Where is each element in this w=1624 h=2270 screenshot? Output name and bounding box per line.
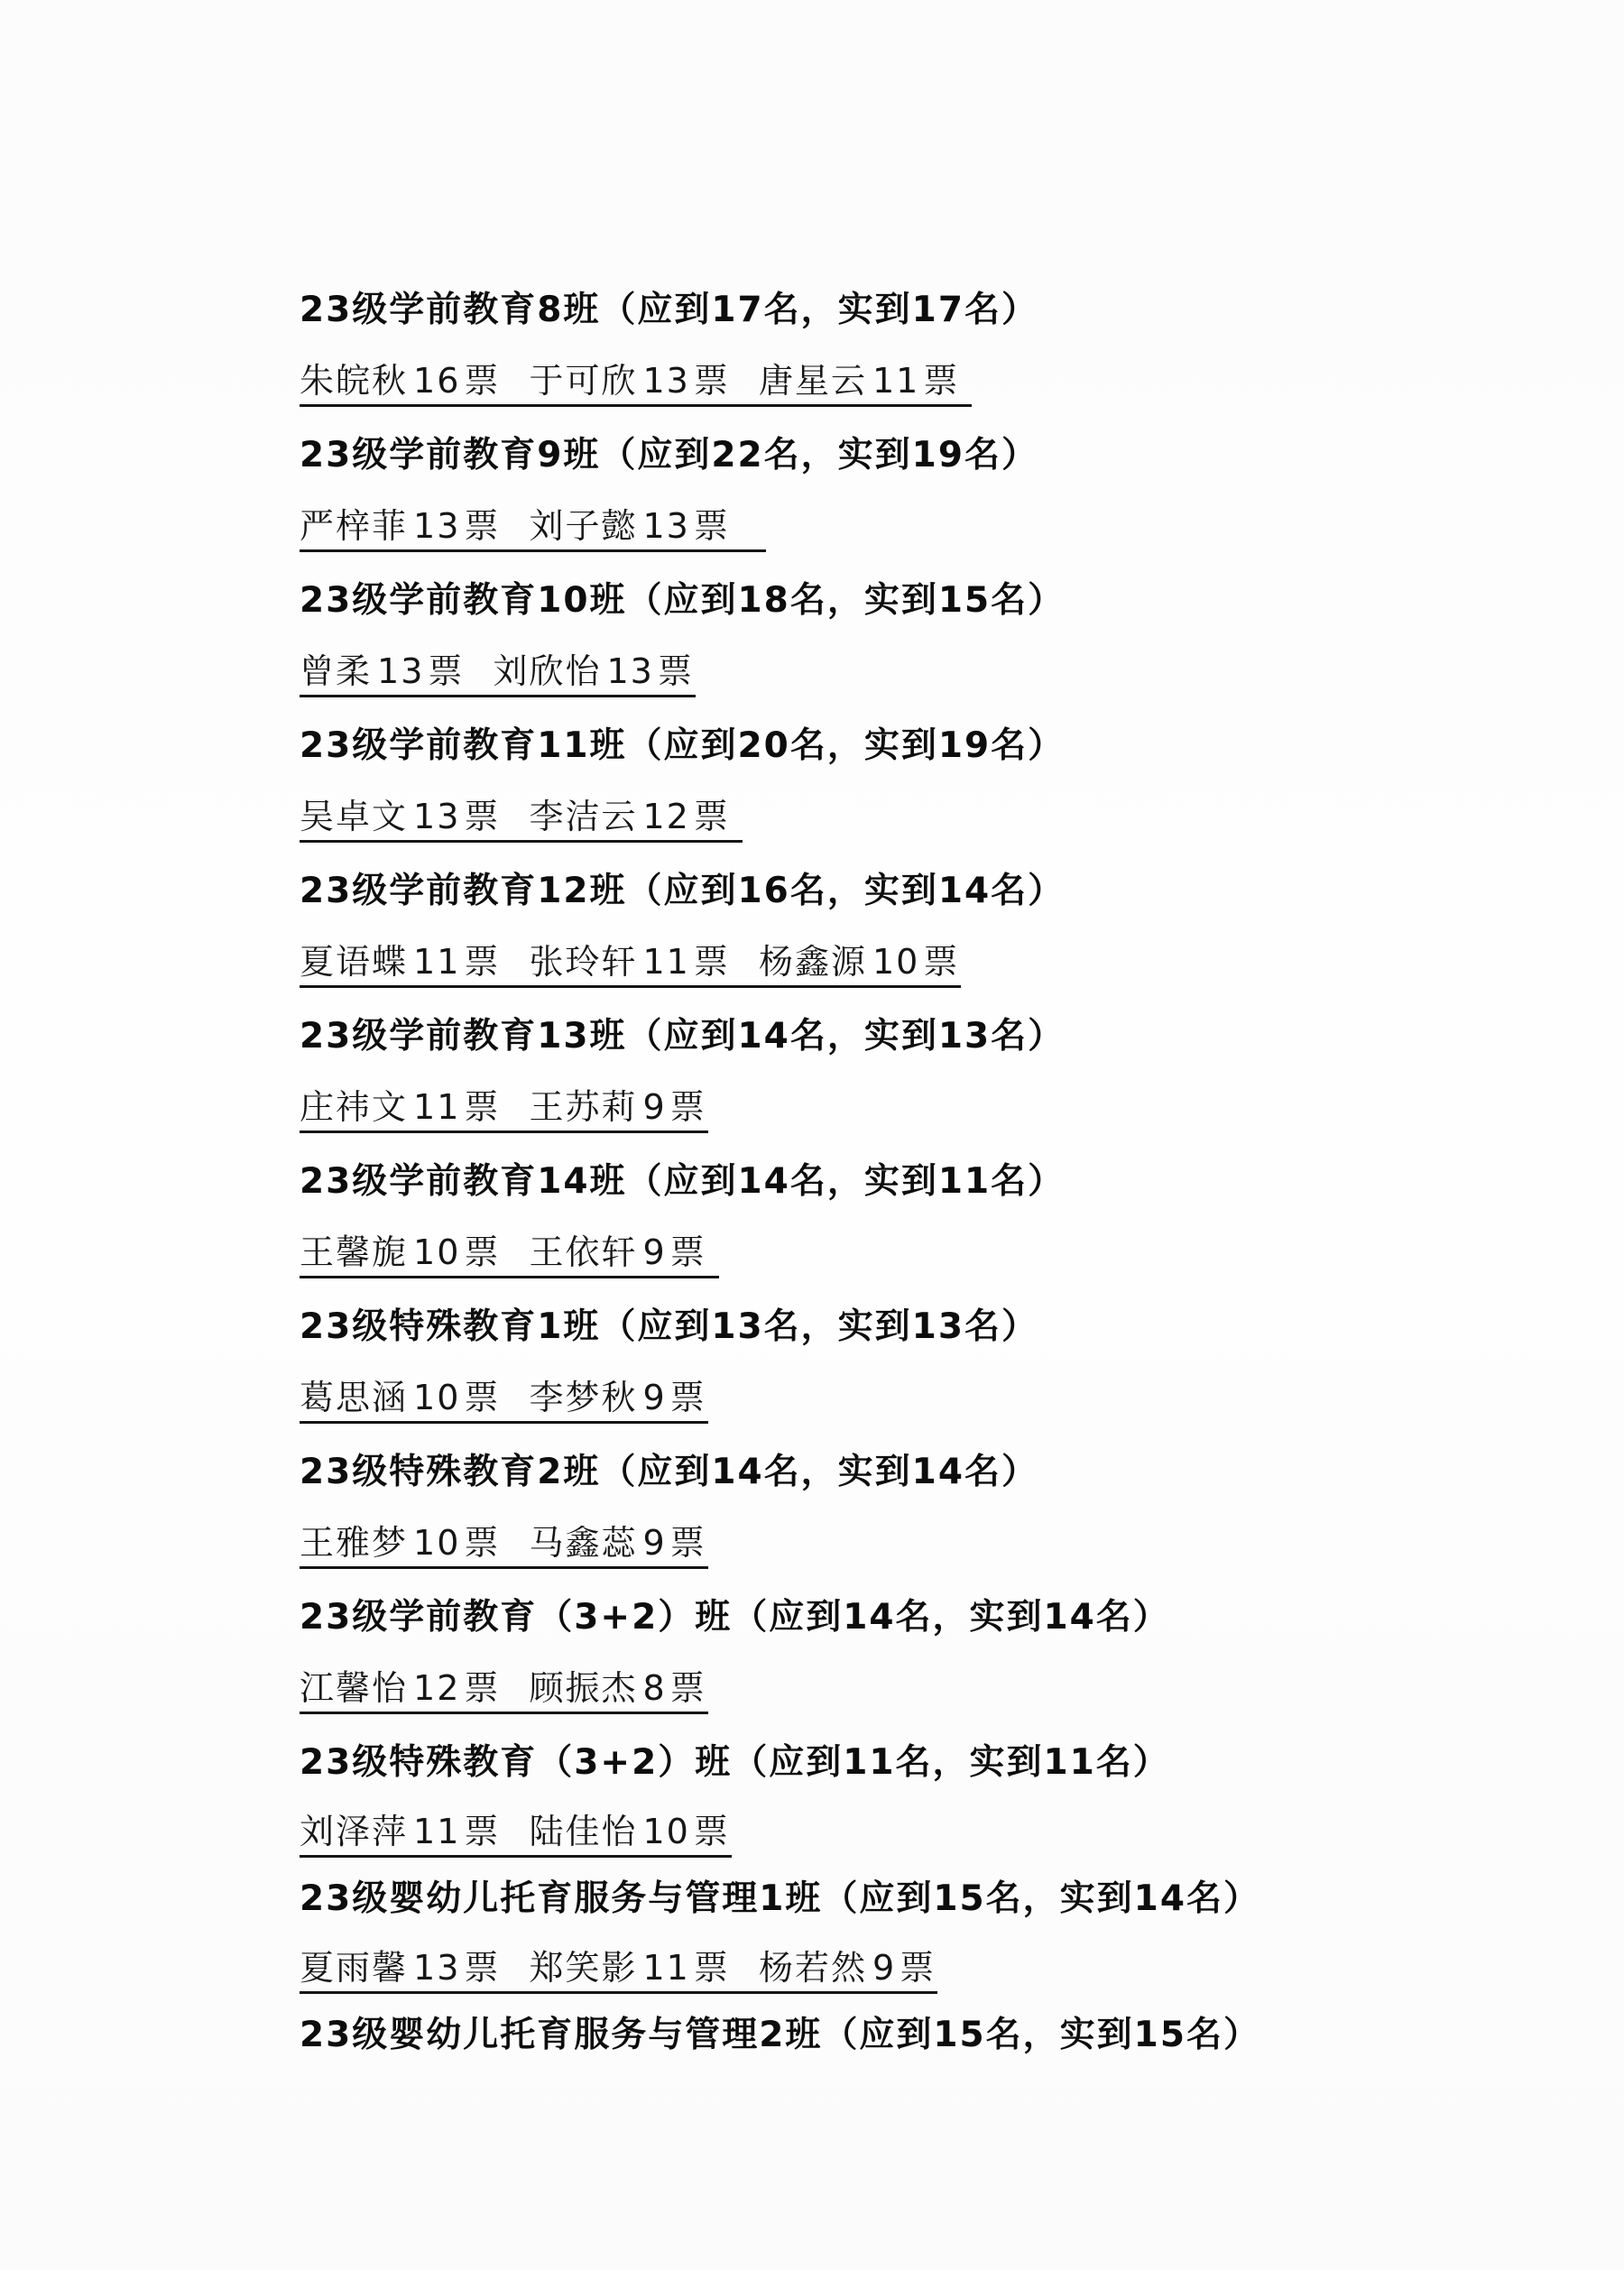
candidate-name: 刘子懿 [529,506,637,546]
class-block: 23级学前教育11班（应到20名，实到19名） 吴卓文13票 李洁云12票 [300,721,1472,866]
vote-unit: 票 [658,651,694,691]
candidate-name: 曾柔 [300,651,372,691]
candidate-list: 吴卓文13票 李洁云12票 [300,793,743,843]
candidate-name: 夏语蝶 [300,942,408,982]
candidate-name: 夏雨馨 [300,1948,408,1988]
candidate-votes: 11 [413,1812,460,1851]
class-block: 23级特殊教育2班（应到14名，实到14名） 王雅梦10票 马鑫蕊9票 [300,1447,1472,1592]
candidate-votes: 10 [413,1232,460,1272]
vote-unit: 票 [670,1232,706,1272]
candidate-name: 王馨旎 [300,1232,408,1272]
candidate-votes: 12 [643,797,690,836]
candidate-votes: 13 [413,797,460,836]
vote-unit: 票 [464,361,500,401]
vote-unit: 票 [464,1948,500,1988]
class-heading: 23级学前教育13班（应到14名，实到13名） [300,1011,1472,1062]
candidate-votes: 11 [643,1948,690,1988]
vote-unit: 票 [428,651,464,691]
vote-unit: 票 [464,1668,500,1708]
candidate-list: 刘泽萍11票 陆佳怡10票 [300,1808,732,1858]
candidate-name: 于可欣 [529,361,637,401]
candidate-list: 夏语蝶11票 张玲轩11票 杨鑫源10票 [300,938,961,988]
candidate-entry: 李洁云12票 [529,797,729,836]
class-heading: 23级婴幼儿托育服务与管理1班（应到15名，实到14名） [300,1874,1472,1924]
candidate-name: 郑笑影 [529,1948,637,1988]
candidate-entry: 曾柔13票 [300,651,464,691]
class-block: 23级学前教育（3+2）班（应到14名，实到14名） 江馨怡12票 顾振杰8票 [300,1592,1472,1738]
candidate-votes: 13 [377,651,424,691]
candidate-name: 陆佳怡 [529,1812,637,1851]
vote-unit: 票 [923,361,959,401]
document-page: 23级学前教育8班（应到17名，实到17名） 朱皖秋16票 于可欣13票 唐星云… [0,0,1624,2270]
vote-unit: 票 [464,942,500,982]
class-heading: 23级学前教育11班（应到20名，实到19名） [300,721,1472,771]
candidate-list: 严梓菲13票 刘子懿13票 [300,503,766,552]
vote-unit: 票 [464,1378,500,1417]
candidate-entry: 顾振杰8票 [529,1668,706,1708]
candidate-votes: 8 [643,1668,667,1708]
candidate-entry: 刘子懿13票 [529,506,729,546]
vote-unit: 票 [464,1087,500,1127]
vote-unit: 票 [670,1378,706,1417]
candidate-list: 王馨旎10票 王依轩9票 [300,1229,719,1278]
candidate-votes: 10 [413,1378,460,1417]
vote-unit: 票 [694,942,730,982]
candidate-votes: 11 [413,942,460,982]
candidate-name: 王依轩 [529,1232,637,1272]
vote-unit: 票 [464,1232,500,1272]
candidate-entry: 葛思涵10票 [300,1378,500,1417]
class-heading: 23级学前教育10班（应到18名，实到15名） [300,576,1472,626]
candidate-name: 江馨怡 [300,1668,408,1708]
class-block: 23级特殊教育1班（应到13名，实到13名） 葛思涵10票 李梦秋9票 [300,1302,1472,1447]
candidate-name: 张玲轩 [529,942,637,982]
vote-unit: 票 [670,1523,706,1563]
candidate-entry: 王苏莉9票 [529,1087,706,1127]
candidate-name: 吴卓文 [300,797,408,836]
candidate-entry: 郑笑影11票 [529,1948,729,1988]
vote-unit: 票 [900,1948,936,1988]
candidate-votes: 9 [643,1378,667,1417]
vote-unit: 票 [464,506,500,546]
candidate-entry: 于可欣13票 [529,361,729,401]
class-block: 23级婴幼儿托育服务与管理1班（应到15名，实到14名） 夏雨馨13票 郑笑影1… [300,1874,1472,2010]
candidate-votes: 9 [872,1948,896,1988]
candidate-entry: 杨鑫源10票 [759,942,959,982]
candidate-entry: 刘泽萍11票 [300,1812,500,1851]
candidate-votes: 11 [413,1087,460,1127]
vote-unit: 票 [670,1668,706,1708]
candidate-entry: 吴卓文13票 [300,797,500,836]
candidate-entry: 严梓菲13票 [300,506,500,546]
class-heading: 23级学前教育（3+2）班（应到14名，实到14名） [300,1592,1472,1643]
candidate-name: 杨若然 [759,1948,867,1988]
candidate-list: 曾柔13票 刘欣怡13票 [300,648,696,697]
class-block: 23级学前教育14班（应到14名，实到11名） 王馨旎10票 王依轩9票 [300,1157,1472,1302]
class-block: 23级婴幼儿托育服务与管理2班（应到15名，实到15名） [300,2010,1472,2061]
candidate-votes: 10 [643,1812,690,1851]
candidate-list: 朱皖秋16票 于可欣13票 唐星云11票 [300,357,972,407]
class-heading: 23级特殊教育1班（应到13名，实到13名） [300,1302,1472,1352]
candidate-list: 夏雨馨13票 郑笑影11票 杨若然9票 [300,1944,937,1994]
candidate-entry: 唐星云11票 [759,361,959,401]
candidate-name: 唐星云 [759,361,867,401]
candidate-votes: 13 [607,651,654,691]
candidate-votes: 16 [413,361,460,401]
vote-unit: 票 [464,1523,500,1563]
candidate-votes: 11 [643,942,690,982]
candidate-entry: 王馨旎10票 [300,1232,500,1272]
class-heading: 23级学前教育12班（应到16名，实到14名） [300,866,1472,917]
candidate-votes: 9 [643,1087,667,1127]
vote-unit: 票 [464,797,500,836]
class-heading: 23级学前教育14班（应到14名，实到11名） [300,1157,1472,1207]
class-block: 23级学前教育13班（应到14名，实到13名） 庄祎文11票 王苏莉9票 [300,1011,1472,1157]
class-heading: 23级学前教育8班（应到17名，实到17名） [300,285,1472,336]
candidate-name: 葛思涵 [300,1378,408,1417]
candidate-entry: 王雅梦10票 [300,1523,500,1563]
candidate-entry: 庄祎文11票 [300,1087,500,1127]
candidate-votes: 9 [643,1523,667,1563]
class-block: 23级学前教育10班（应到18名，实到15名） 曾柔13票 刘欣怡13票 [300,576,1472,721]
candidate-name: 马鑫蕊 [529,1523,637,1563]
vote-unit: 票 [694,506,730,546]
candidate-entry: 刘欣怡13票 [493,651,693,691]
class-heading: 23级婴幼儿托育服务与管理2班（应到15名，实到15名） [300,2010,1472,2061]
candidate-votes: 9 [643,1232,667,1272]
candidate-votes: 10 [872,942,919,982]
candidate-entry: 李梦秋9票 [529,1378,706,1417]
candidate-name: 朱皖秋 [300,361,408,401]
candidate-entry: 朱皖秋16票 [300,361,500,401]
candidate-list: 葛思涵10票 李梦秋9票 [300,1374,708,1424]
candidate-entry: 夏雨馨13票 [300,1948,500,1988]
candidate-votes: 13 [643,506,690,546]
candidate-name: 严梓菲 [300,506,408,546]
candidate-name: 李梦秋 [529,1378,637,1417]
candidate-votes: 12 [413,1668,460,1708]
candidate-entry: 杨若然9票 [759,1948,936,1988]
candidate-name: 刘欣怡 [493,651,601,691]
candidate-votes: 13 [643,361,690,401]
candidate-entry: 张玲轩11票 [529,942,729,982]
candidate-entry: 陆佳怡10票 [529,1812,729,1851]
candidate-name: 杨鑫源 [759,942,867,982]
candidate-name: 王雅梦 [300,1523,408,1563]
candidate-list: 王雅梦10票 马鑫蕊9票 [300,1519,708,1569]
class-block: 23级学前教育9班（应到22名，实到19名） 严梓菲13票 刘子懿13票 [300,430,1472,576]
candidate-votes: 10 [413,1523,460,1563]
candidate-votes: 13 [413,1948,460,1988]
vote-unit: 票 [464,1812,500,1851]
class-heading: 23级特殊教育（3+2）班（应到11名，实到11名） [300,1738,1472,1788]
candidate-name: 庄祎文 [300,1087,408,1127]
vote-unit: 票 [694,797,730,836]
vote-unit: 票 [694,1948,730,1988]
candidate-name: 王苏莉 [529,1087,637,1127]
class-block: 23级学前教育12班（应到16名，实到14名） 夏语蝶11票 张玲轩11票 杨鑫… [300,866,1472,1011]
candidate-entry: 江馨怡12票 [300,1668,500,1708]
vote-unit: 票 [694,1812,730,1851]
class-block: 23级学前教育8班（应到17名，实到17名） 朱皖秋16票 于可欣13票 唐星云… [300,285,1472,430]
vote-unit: 票 [923,942,959,982]
vote-unit: 票 [694,361,730,401]
candidate-entry: 马鑫蕊9票 [529,1523,706,1563]
vote-unit: 票 [670,1087,706,1127]
candidate-name: 李洁云 [529,797,637,836]
candidate-votes: 13 [413,506,460,546]
candidate-entry: 夏语蝶11票 [300,942,500,982]
candidate-votes: 11 [872,361,919,401]
candidate-name: 刘泽萍 [300,1812,408,1851]
candidate-name: 顾振杰 [529,1668,637,1708]
candidate-list: 江馨怡12票 顾振杰8票 [300,1665,708,1714]
class-vote-list: 23级学前教育8班（应到17名，实到17名） 朱皖秋16票 于可欣13票 唐星云… [300,285,1472,2082]
class-heading: 23级特殊教育2班（应到14名，实到14名） [300,1447,1472,1498]
candidate-list: 庄祎文11票 王苏莉9票 [300,1084,708,1133]
class-heading: 23级学前教育9班（应到22名，实到19名） [300,430,1472,481]
candidate-entry: 王依轩9票 [529,1232,706,1272]
class-block: 23级特殊教育（3+2）班（应到11名，实到11名） 刘泽萍11票 陆佳怡10票 [300,1738,1472,1874]
